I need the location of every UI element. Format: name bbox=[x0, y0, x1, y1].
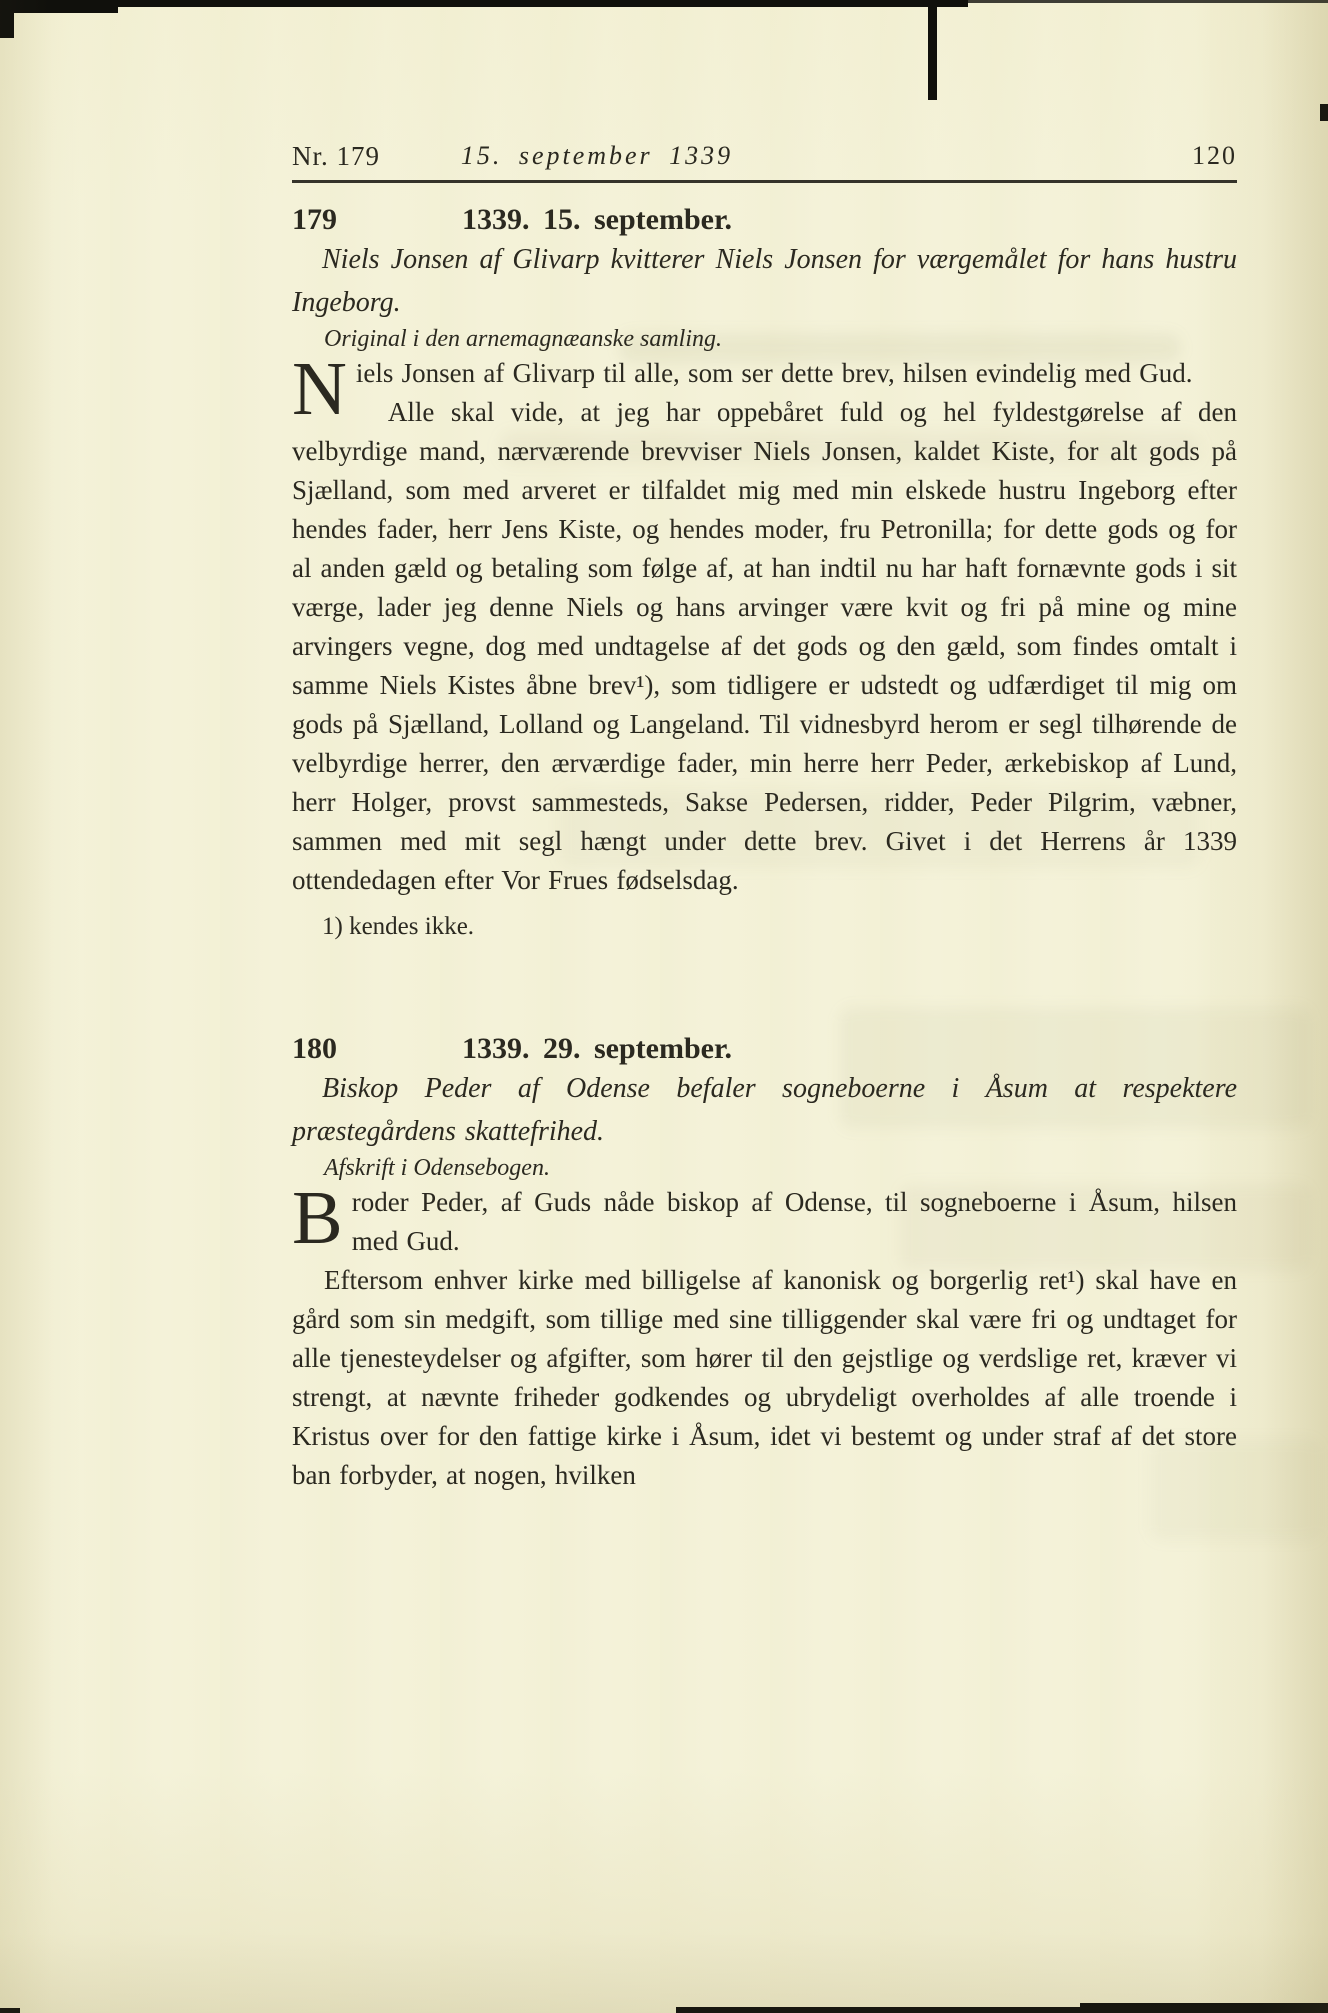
scan-artifact-bottom-left bbox=[0, 2008, 20, 2013]
scan-artifact-top-sliver bbox=[928, 0, 937, 100]
drop-cap-initial: B bbox=[292, 1186, 343, 1260]
scan-artifact-right-mark bbox=[1320, 104, 1328, 121]
scan-artifact-top-right bbox=[960, 0, 1328, 3]
scanned-book-page: { "page": { "running_header": { "left": … bbox=[0, 0, 1328, 2013]
entry-heading: 180 1339. 29. september. bbox=[292, 1031, 1237, 1067]
entry-opening: Niels Jonsen af Glivarp til alle, som se… bbox=[292, 354, 1237, 393]
scan-artifact-bottom-right bbox=[1080, 2003, 1328, 2013]
entry-summary: Biskop Peder af Odense befaler sogneboer… bbox=[292, 1067, 1237, 1153]
entry-179: 179 1339. 15. september. Niels Jonsen af… bbox=[292, 202, 1237, 942]
entry-body-paragraph: Eftersom enhver kirke med billigelse af … bbox=[292, 1261, 1237, 1495]
entry-source: Afskrift i Odensebogen. bbox=[292, 1153, 1237, 1183]
entry-summary: Niels Jonsen af Glivarp kvitterer Niels … bbox=[292, 238, 1237, 324]
entry-heading: 179 1339. 15. september. bbox=[292, 202, 1237, 238]
entry-date-heading: 1339. 29. september. bbox=[462, 1031, 732, 1067]
scan-artifact-top-left bbox=[0, 0, 118, 13]
entry-body-paragraph: Alle skal vide, at jeg har oppebåret ful… bbox=[292, 393, 1237, 900]
opening-text: roder Peder, af Guds nåde biskop af Oden… bbox=[352, 1187, 1237, 1256]
entry-source: Original i den arnemagnæanske samling. bbox=[292, 324, 1237, 354]
entry-180: 180 1339. 29. september. Biskop Peder af… bbox=[292, 1031, 1237, 1495]
entry-opening: Broder Peder, af Guds nåde biskop af Ode… bbox=[292, 1183, 1237, 1261]
drop-cap-initial: N bbox=[292, 357, 347, 431]
scan-artifact-left-edge bbox=[0, 0, 14, 38]
page-content: 179 1339. 15. september. Niels Jonsen af… bbox=[292, 0, 1237, 1495]
scan-artifact-top-strip bbox=[0, 0, 968, 7]
entry-number: 180 bbox=[292, 1031, 337, 1067]
opening-text: iels Jonsen af Glivarp til alle, som ser… bbox=[356, 358, 1193, 388]
entry-date-heading: 1339. 15. september. bbox=[462, 202, 732, 238]
entry-footnote: 1) kendes ikke. bbox=[292, 912, 1237, 942]
entry-number: 179 bbox=[292, 202, 337, 238]
